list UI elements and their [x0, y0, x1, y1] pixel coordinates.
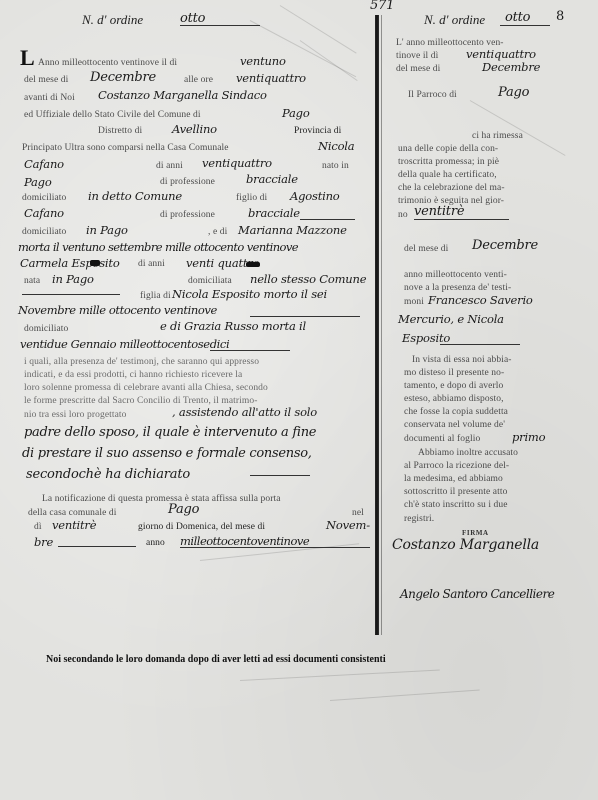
notification-line-4-hand-a: bre — [34, 535, 53, 549]
testimoni-hand-3: Esposito — [402, 331, 450, 345]
line-11-printed-b: , e di — [208, 227, 227, 237]
notification-line-1: La notificazione di questa promessa è st… — [42, 494, 281, 504]
right-body3-line-2: mo disteso il presente no- — [404, 368, 504, 378]
foglio-hand: primo — [512, 430, 545, 444]
line-5-printed-b: Provincia di — [294, 126, 341, 136]
line-18-hand: ventidue Gennaio milleottocentosedici — [20, 337, 229, 351]
line-11-hand-a: in Pago — [86, 223, 128, 237]
paragraph-hand-4: secondochè ha dichiarato — [26, 467, 190, 482]
line-17-hand: e di Grazia Russo morta il — [160, 319, 306, 333]
notification-line-3-printed-b: giorno di Domenica, del mese di — [138, 522, 265, 532]
line-10-underline — [300, 219, 355, 220]
line-10-printed: di professione — [160, 210, 215, 220]
notification-line-3-hand-b: Novem- — [326, 518, 370, 532]
testimoni-hand-2: Mercurio, e Nicola — [398, 312, 504, 326]
right-body3-line-4: esteso, abbiamo disposto, — [404, 394, 504, 404]
notification-line-2-printed: della casa comunale di — [28, 508, 116, 518]
right-body4-line-2: al Parroco la ricezione del- — [404, 461, 509, 471]
giorno-hand: ventitrè — [414, 204, 464, 219]
line-18-underline — [210, 350, 290, 351]
right-order-underline — [500, 25, 550, 26]
paragraph-hand-2: padre dello sposo, il quale è intervenut… — [24, 425, 316, 440]
line-1-printed: Anno milleottocento ventinove il dì — [38, 58, 177, 68]
mese-printed: del mese di — [404, 244, 448, 254]
line-10-hand-b: bracciale — [248, 206, 300, 220]
line-5-printed-a: Distretto di — [98, 126, 142, 136]
line-15-hand: Nicola Esposito morto il sei — [172, 287, 327, 301]
notification-underline-2 — [180, 547, 370, 548]
right-body2-line-1: anno milleottocento venti- — [404, 270, 507, 280]
signature-mayor: Costanzo Marganella — [392, 537, 539, 553]
right-body4-line-1: Abbiamo inoltre accusato — [418, 448, 518, 458]
line-1-hand: ventuno — [240, 54, 286, 68]
column-divider — [375, 15, 379, 635]
line-9-hand-a: in detto Comune — [88, 189, 182, 203]
firma-label: FIRMA — [462, 529, 489, 537]
right-body1-line-3: troscritta promessa; in piè — [398, 157, 499, 167]
line-2-printed-a: del mese di — [24, 75, 68, 85]
line-11-printed-a: domiciliato — [22, 227, 66, 237]
line-7-printed-b: nato in — [322, 161, 349, 171]
line-8-printed: di professione — [160, 177, 215, 187]
line-3-hand: Costanzo Marganella Sindaco — [98, 88, 267, 102]
bottom-printed-line: Noi secondando le loro domanda dopo di a… — [46, 654, 386, 665]
line-9-hand-b: Agostino — [290, 189, 340, 203]
right-body1-line-4: della quale ha certificato, — [398, 170, 497, 180]
notification-line-3-hand-a: ventitrè — [52, 518, 96, 532]
line-4-hand: Pago — [282, 106, 310, 120]
line-11-hand-b: Marianna Mazzone — [238, 223, 347, 237]
testimoni-underline — [440, 344, 520, 345]
line-12-hand: morta il ventuno settembre mille ottocen… — [18, 240, 298, 254]
line-2-hand-b: ventiquattro — [236, 71, 306, 85]
signature-clerk: Angelo Santoro Cancelliere — [400, 587, 554, 601]
line-15-printed: figlia di — [140, 291, 171, 301]
line-2-printed-b: alle ore — [184, 75, 213, 85]
right-line-3-printed: del mese di — [396, 64, 440, 74]
paragraph-line-3: loro solenne promessa di celebrare avant… — [24, 383, 268, 393]
ink-blot — [90, 260, 100, 266]
mese-hand: Decembre — [472, 238, 538, 253]
testimoni-printed: moni — [404, 297, 424, 307]
line-14-printed-b: domiciliata — [188, 276, 232, 286]
line-8-hand-a: Pago — [24, 175, 52, 189]
giorno-underline — [414, 219, 509, 220]
line-6-printed: Principato Ultra sono comparsi nella Cas… — [22, 143, 229, 153]
paragraph-underline — [250, 475, 310, 476]
line-6-hand: Nicola — [318, 139, 354, 153]
drop-cap-L: L — [20, 47, 35, 69]
line-14-hand-b: nello stesso Comune — [250, 272, 366, 286]
column-divider-inner — [381, 15, 382, 635]
line-8-hand-b: bracciale — [246, 172, 298, 186]
right-body1-line-2: una delle copie della con- — [398, 144, 498, 154]
foglio-printed: documenti al foglio — [404, 434, 480, 444]
line-14-hand-a: in Pago — [52, 272, 94, 286]
right-body3-line-3: tamento, e dopo di averlo — [404, 381, 503, 391]
line-5-hand: Avellino — [172, 122, 217, 136]
right-line-3-hand: Decembre — [482, 60, 540, 74]
line-2-hand-a: Decembre — [90, 70, 156, 85]
right-body4-line-3: la medesima, ed abbiamo — [404, 474, 503, 484]
parroco-hand: Pago — [498, 85, 529, 100]
right-order-number-value: otto — [505, 10, 530, 25]
line-7-hand-b: ventiquattro — [202, 156, 272, 170]
right-body3-line-6: conservata nel volume de' — [404, 420, 505, 430]
right-body4-line-4: sottoscritto il presente atto — [404, 487, 507, 497]
testimoni-hand-1: Francesco Saverio — [428, 293, 533, 307]
notification-line-2-hand: Pago — [168, 502, 199, 517]
notification-line-4-printed: anno — [146, 538, 165, 548]
right-body2-line-2: nove a la presenza de' testi- — [404, 283, 511, 293]
paragraph-hand-1: , assistendo all'atto il solo — [172, 405, 317, 419]
right-body4-line-5: ch'è stato inscritto su i due — [404, 500, 508, 510]
line-17-printed: domiciliato — [24, 324, 68, 334]
right-order-digit: 8 — [556, 9, 564, 24]
notification-line-3-printed-a: dì — [34, 522, 42, 532]
line-9-printed-b: figlio di — [236, 193, 267, 203]
order-number-label: N. d' ordine — [82, 12, 143, 28]
notification-line-4-hand-b: milleottocentoventinove — [180, 534, 309, 548]
right-body3-line-1: In vista di essa noi abbia- — [412, 355, 512, 365]
order-number-value: otto — [180, 11, 205, 26]
line-7-printed-a: di anni — [156, 161, 183, 171]
line-13-hand-a: Carmela Esposito — [20, 256, 120, 270]
line-10-hand-a: Cafano — [24, 206, 64, 220]
right-order-number-label: N. d' ordine — [424, 12, 485, 28]
notification-underline-1 — [58, 546, 136, 547]
line-16-hand: Novembre mille ottocento ventinove — [18, 303, 217, 317]
line-3-printed: avanti di Noi — [24, 93, 75, 103]
ink-blot — [246, 262, 260, 267]
line-14-underline — [22, 294, 120, 295]
right-line-2-hand: ventiquattro — [466, 47, 536, 61]
line-14-printed-a: nata — [24, 276, 40, 286]
line-4-printed: ed Uffiziale dello Stato Civile del Comu… — [24, 110, 201, 120]
giorno-printed: no — [398, 210, 408, 220]
paragraph-line-1: i quali, alla presenza de' testimonj, ch… — [24, 357, 259, 367]
right-body3-line-5: che fosse la copia suddetta — [404, 407, 508, 417]
paragraph-line-5: nio tra essi loro progettato — [24, 410, 127, 420]
line-13-printed: di anni — [138, 259, 165, 269]
parroco-label: Il Parroco di — [408, 90, 457, 100]
notification-line-2-end: nel — [352, 508, 364, 518]
paragraph-line-2: indicati, e da essi prodotti, ci hanno r… — [24, 370, 242, 380]
line-16-underline — [250, 316, 360, 317]
order-underline — [180, 25, 260, 26]
right-body1-line-5: che la celebrazione del ma- — [398, 183, 505, 193]
right-body1-line-1: ci ha rimessa — [472, 131, 523, 141]
right-line-2-printed: tinove il dì — [396, 51, 438, 61]
right-body4-line-6: registri. — [404, 514, 434, 524]
page-number: 571 — [370, 0, 394, 13]
line-7-hand-a: Cafano — [24, 157, 64, 171]
paragraph-hand-3: di prestare il suo assenso e formale con… — [22, 446, 312, 461]
line-9-printed-a: domiciliato — [22, 193, 66, 203]
